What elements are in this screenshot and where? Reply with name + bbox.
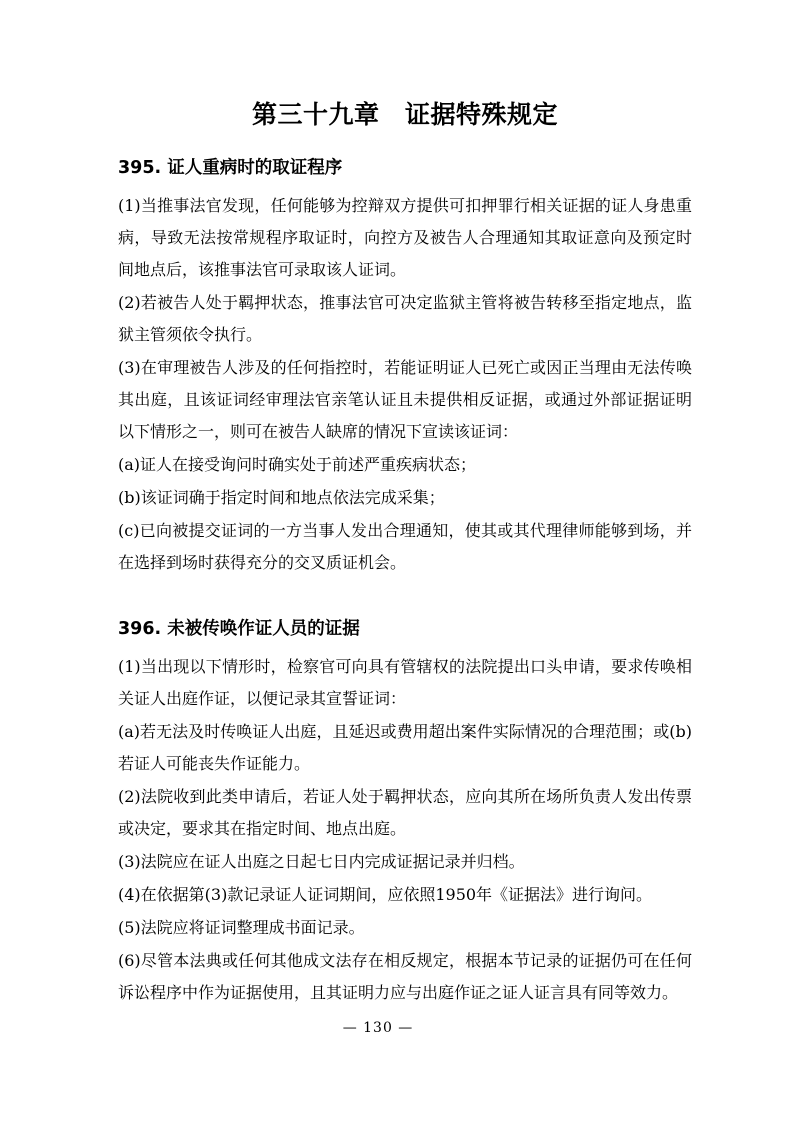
paragraph: (1)当出现以下情形时，检察官可向具有管辖权的法院提出口头申请，要求传唤相关证人…	[118, 651, 692, 715]
paragraph: (6)尽管本法典或任何其他成文法存在相反规定，根据本节记录的证据仍可在任何诉讼程…	[118, 945, 692, 1009]
section-heading-395: 395. 证人重病时的取证程序	[118, 156, 692, 180]
section-heading-396: 396. 未被传唤作证人员的证据	[118, 617, 692, 641]
paragraph: (2)法院收到此类申请后，若证人处于羁押状态，应向其所在场所负责人发出传票或决定…	[118, 781, 692, 845]
section-395: 395. 证人重病时的取证程序 (1)当推事法官发现，任何能够为控辩双方提供可扣…	[118, 156, 692, 579]
paragraph: (3)法院应在证人出庭之日起七日内完成证据记录并归档。	[118, 846, 692, 878]
paragraph: (a)若无法及时传唤证人出庭，且延迟或费用超出案件实际情况的合理范围；或(b)若…	[118, 716, 692, 780]
paragraph: (1)当推事法官发现，任何能够为控辩双方提供可扣押罪行相关证据的证人身患重病，导…	[118, 190, 692, 286]
paragraph: (4)在依据第(3)款记录证人证词期间，应依照1950年《证据法》进行询问。	[118, 879, 692, 911]
paragraph: (b)该证词确于指定时间和地点依法完成采集；	[118, 482, 692, 514]
section-396: 396. 未被传唤作证人员的证据 (1)当出现以下情形时，检察官可向具有管辖权的…	[118, 617, 692, 1009]
chapter-title: 第三十九章 证据特殊规定	[118, 100, 692, 130]
paragraph: (3)在审理被告人涉及的任何指控时，若能证明证人已死亡或因正当理由无法传唤其出庭…	[118, 352, 692, 448]
page-number: — 130 —	[118, 1018, 638, 1038]
paragraph: (a)证人在接受询问时确实处于前述严重疾病状态；	[118, 449, 692, 481]
paragraph: (2)若被告人处于羁押状态，推事法官可决定监狱主管将被告转移至指定地点，监狱主管…	[118, 287, 692, 351]
page-content: 第三十九章 证据特殊规定 395. 证人重病时的取证程序 (1)当推事法官发现，…	[118, 100, 692, 1010]
paragraph: (5)法院应将证词整理成书面记录。	[118, 912, 692, 944]
document-page: 第三十九章 证据特殊规定 395. 证人重病时的取证程序 (1)当推事法官发现，…	[0, 0, 793, 1122]
paragraph: (c)已向被提交证词的一方当事人发出合理通知，使其或其代理律师能够到场，并在选择…	[118, 515, 692, 579]
